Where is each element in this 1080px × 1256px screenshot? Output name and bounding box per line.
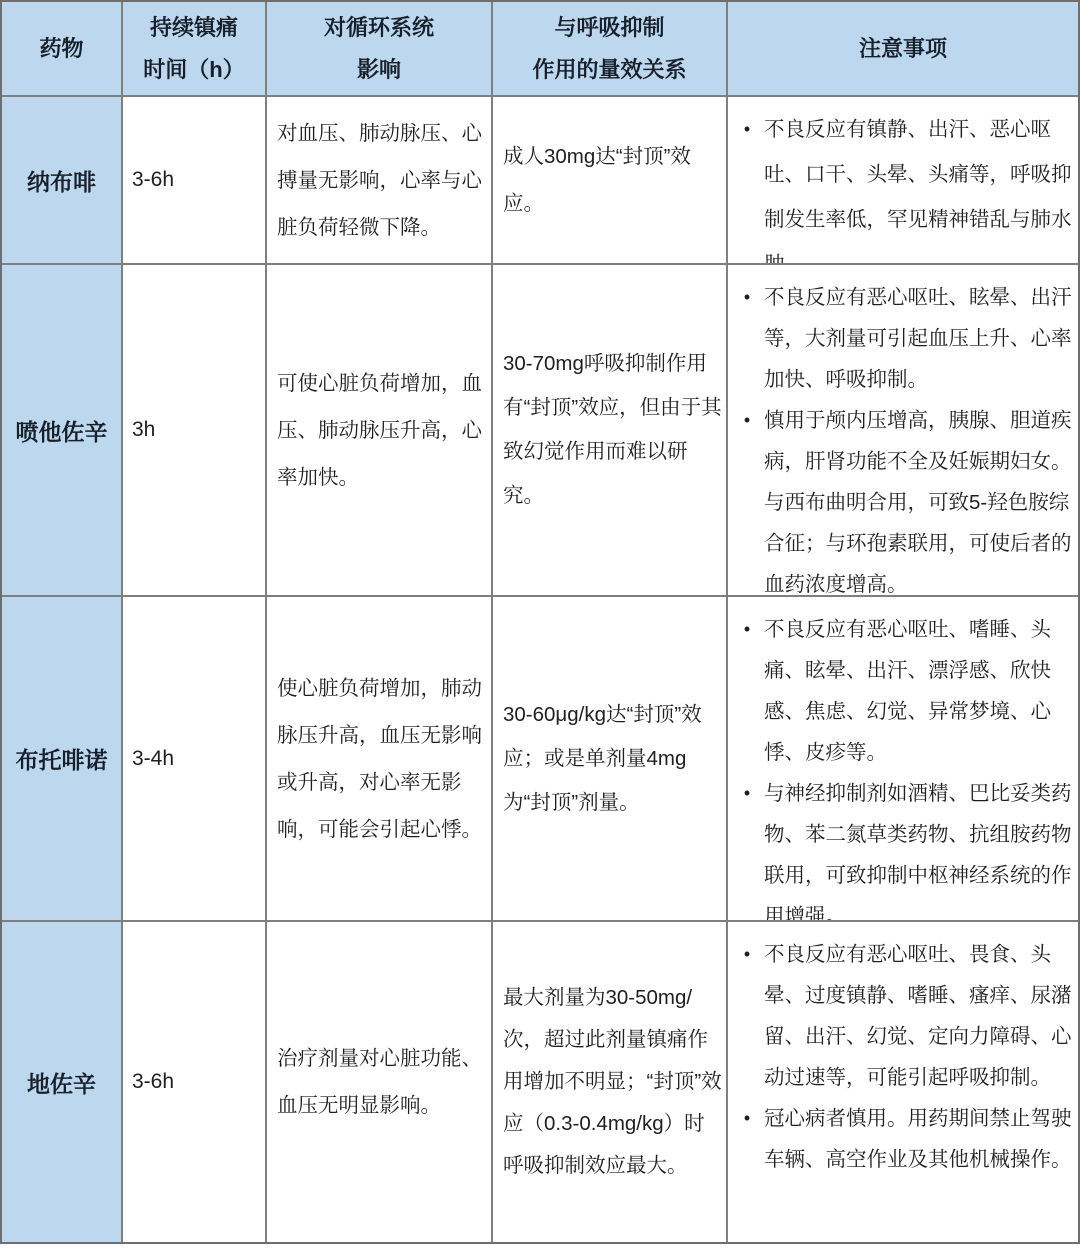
header-duration: 持续镇痛时间（h） xyxy=(123,2,267,97)
precautions: • 不良反应有恶心呕吐、眩晕、出汗等，大剂量可引起血压上升、心率加快、呼吸抑制。… xyxy=(728,265,1078,597)
drug-comparison-table: 药物 持续镇痛时间（h） 对循环系统影响 与呼吸抑制作用的量效关系 注意事项 纳… xyxy=(0,0,1080,1244)
precaution-item: • 不良反应有恶心呕吐、畏食、头晕、过度镇静、嗜睡、瘙痒、尿潴留、出汗、幻觉、定… xyxy=(730,934,1072,1098)
dose-effect: 30-70mg呼吸抑制作用有“封顶”效应，但由于其致幻觉作用而难以研究。 xyxy=(493,265,728,597)
precaution-item: • 与神经抑制剂如酒精、巴比妥类药物、苯二氮草类药物、抗组胺药物联用，可致抑制中… xyxy=(730,773,1072,922)
drug-name: 地佐辛 xyxy=(2,922,123,1242)
circulatory-effect: 使心脏负荷增加，肺动脉压升高，血压无影响或升高，对心率无影响，可能会引起心悸。 xyxy=(267,597,493,922)
table-header-row: 药物 持续镇痛时间（h） 对循环系统影响 与呼吸抑制作用的量效关系 注意事项 xyxy=(2,2,1078,97)
bullet-icon: • xyxy=(730,107,764,152)
precautions: • 不良反应有恶心呕吐、嗜睡、头痛、眩晕、出汗、漂浮感、欣快感、焦虑、幻觉、异常… xyxy=(728,597,1078,922)
duration-value: 3h xyxy=(123,265,267,597)
circulatory-effect: 对血压、肺动脉压、心搏量无影响，心率与心脏负荷轻微下降。 xyxy=(267,97,493,265)
duration-value: 3-6h xyxy=(123,97,267,265)
drug-name: 喷他佐辛 xyxy=(2,265,123,597)
dose-effect: 最大剂量为30-50mg/次，超过此剂量镇痛作用增加不明显；“封顶”效应（0.3… xyxy=(493,922,728,1242)
header-dose-effect: 与呼吸抑制作用的量效关系 xyxy=(493,2,728,97)
bullet-icon: • xyxy=(730,934,764,975)
table-row-pentazocine: 喷他佐辛 3h 可使心脏负荷增加，血压、肺动脉压升高，心率加快。 30-70mg… xyxy=(2,265,1078,597)
bullet-icon: • xyxy=(730,773,764,814)
precaution-item: • 不良反应有恶心呕吐、嗜睡、头痛、眩晕、出汗、漂浮感、欣快感、焦虑、幻觉、异常… xyxy=(730,609,1072,773)
header-precautions: 注意事项 xyxy=(728,2,1078,97)
bullet-icon: • xyxy=(730,609,764,650)
duration-value: 3-6h xyxy=(123,922,267,1242)
duration-value: 3-4h xyxy=(123,597,267,922)
precaution-item: • 不良反应有恶心呕吐、眩晕、出汗等，大剂量可引起血压上升、心率加快、呼吸抑制。 xyxy=(730,277,1072,400)
table-row-nalbuphine: 纳布啡 3-6h 对血压、肺动脉压、心搏量无影响，心率与心脏负荷轻微下降。 成人… xyxy=(2,97,1078,265)
circulatory-effect: 治疗剂量对心脏功能、血压无明显影响。 xyxy=(267,922,493,1242)
precaution-item: • 慎用于颅内压增高，胰腺、胆道疾病，肝肾功能不全及妊娠期妇女。与西布曲明合用，… xyxy=(730,400,1072,597)
dose-effect: 30-60μg/kg达“封顶”效应；或是单剂量4mg为“封顶”剂量。 xyxy=(493,597,728,922)
medication-table-page: { "colors": { "header_bg": "#bdd7ee", "b… xyxy=(0,0,1080,1256)
header-drug-line1: 药物 xyxy=(39,28,83,70)
header-circulatory: 对循环系统影响 xyxy=(267,2,493,97)
dose-effect: 成人30mg达“封顶”效应。 xyxy=(493,97,728,265)
precaution-item: • 不良反应有镇静、出汗、恶心呕吐、口干、头晕、头痛等，呼吸抑制发生率低，罕见精… xyxy=(730,107,1072,265)
bullet-icon: • xyxy=(730,277,764,318)
bullet-icon: • xyxy=(730,1098,764,1139)
table-row-butorphanol: 布托啡诺 3-4h 使心脏负荷增加，肺动脉压升高，血压无影响或升高，对心率无影响… xyxy=(2,597,1078,922)
drug-name: 纳布啡 xyxy=(2,97,123,265)
drug-name: 布托啡诺 xyxy=(2,597,123,922)
precautions: • 不良反应有镇静、出汗、恶心呕吐、口干、头晕、头痛等，呼吸抑制发生率低，罕见精… xyxy=(728,97,1078,265)
bullet-icon: • xyxy=(730,400,764,441)
precaution-item: • 冠心病者慎用。用药期间禁止驾驶车辆、高空作业及其他机械操作。 xyxy=(730,1098,1072,1180)
precautions: • 不良反应有恶心呕吐、畏食、头晕、过度镇静、嗜睡、瘙痒、尿潴留、出汗、幻觉、定… xyxy=(728,922,1078,1242)
header-drug: 药物 xyxy=(2,2,123,97)
circulatory-effect: 可使心脏负荷增加，血压、肺动脉压升高，心率加快。 xyxy=(267,265,493,597)
table-row-dezocine: 地佐辛 3-6h 治疗剂量对心脏功能、血压无明显影响。 最大剂量为30-50mg… xyxy=(2,922,1078,1242)
